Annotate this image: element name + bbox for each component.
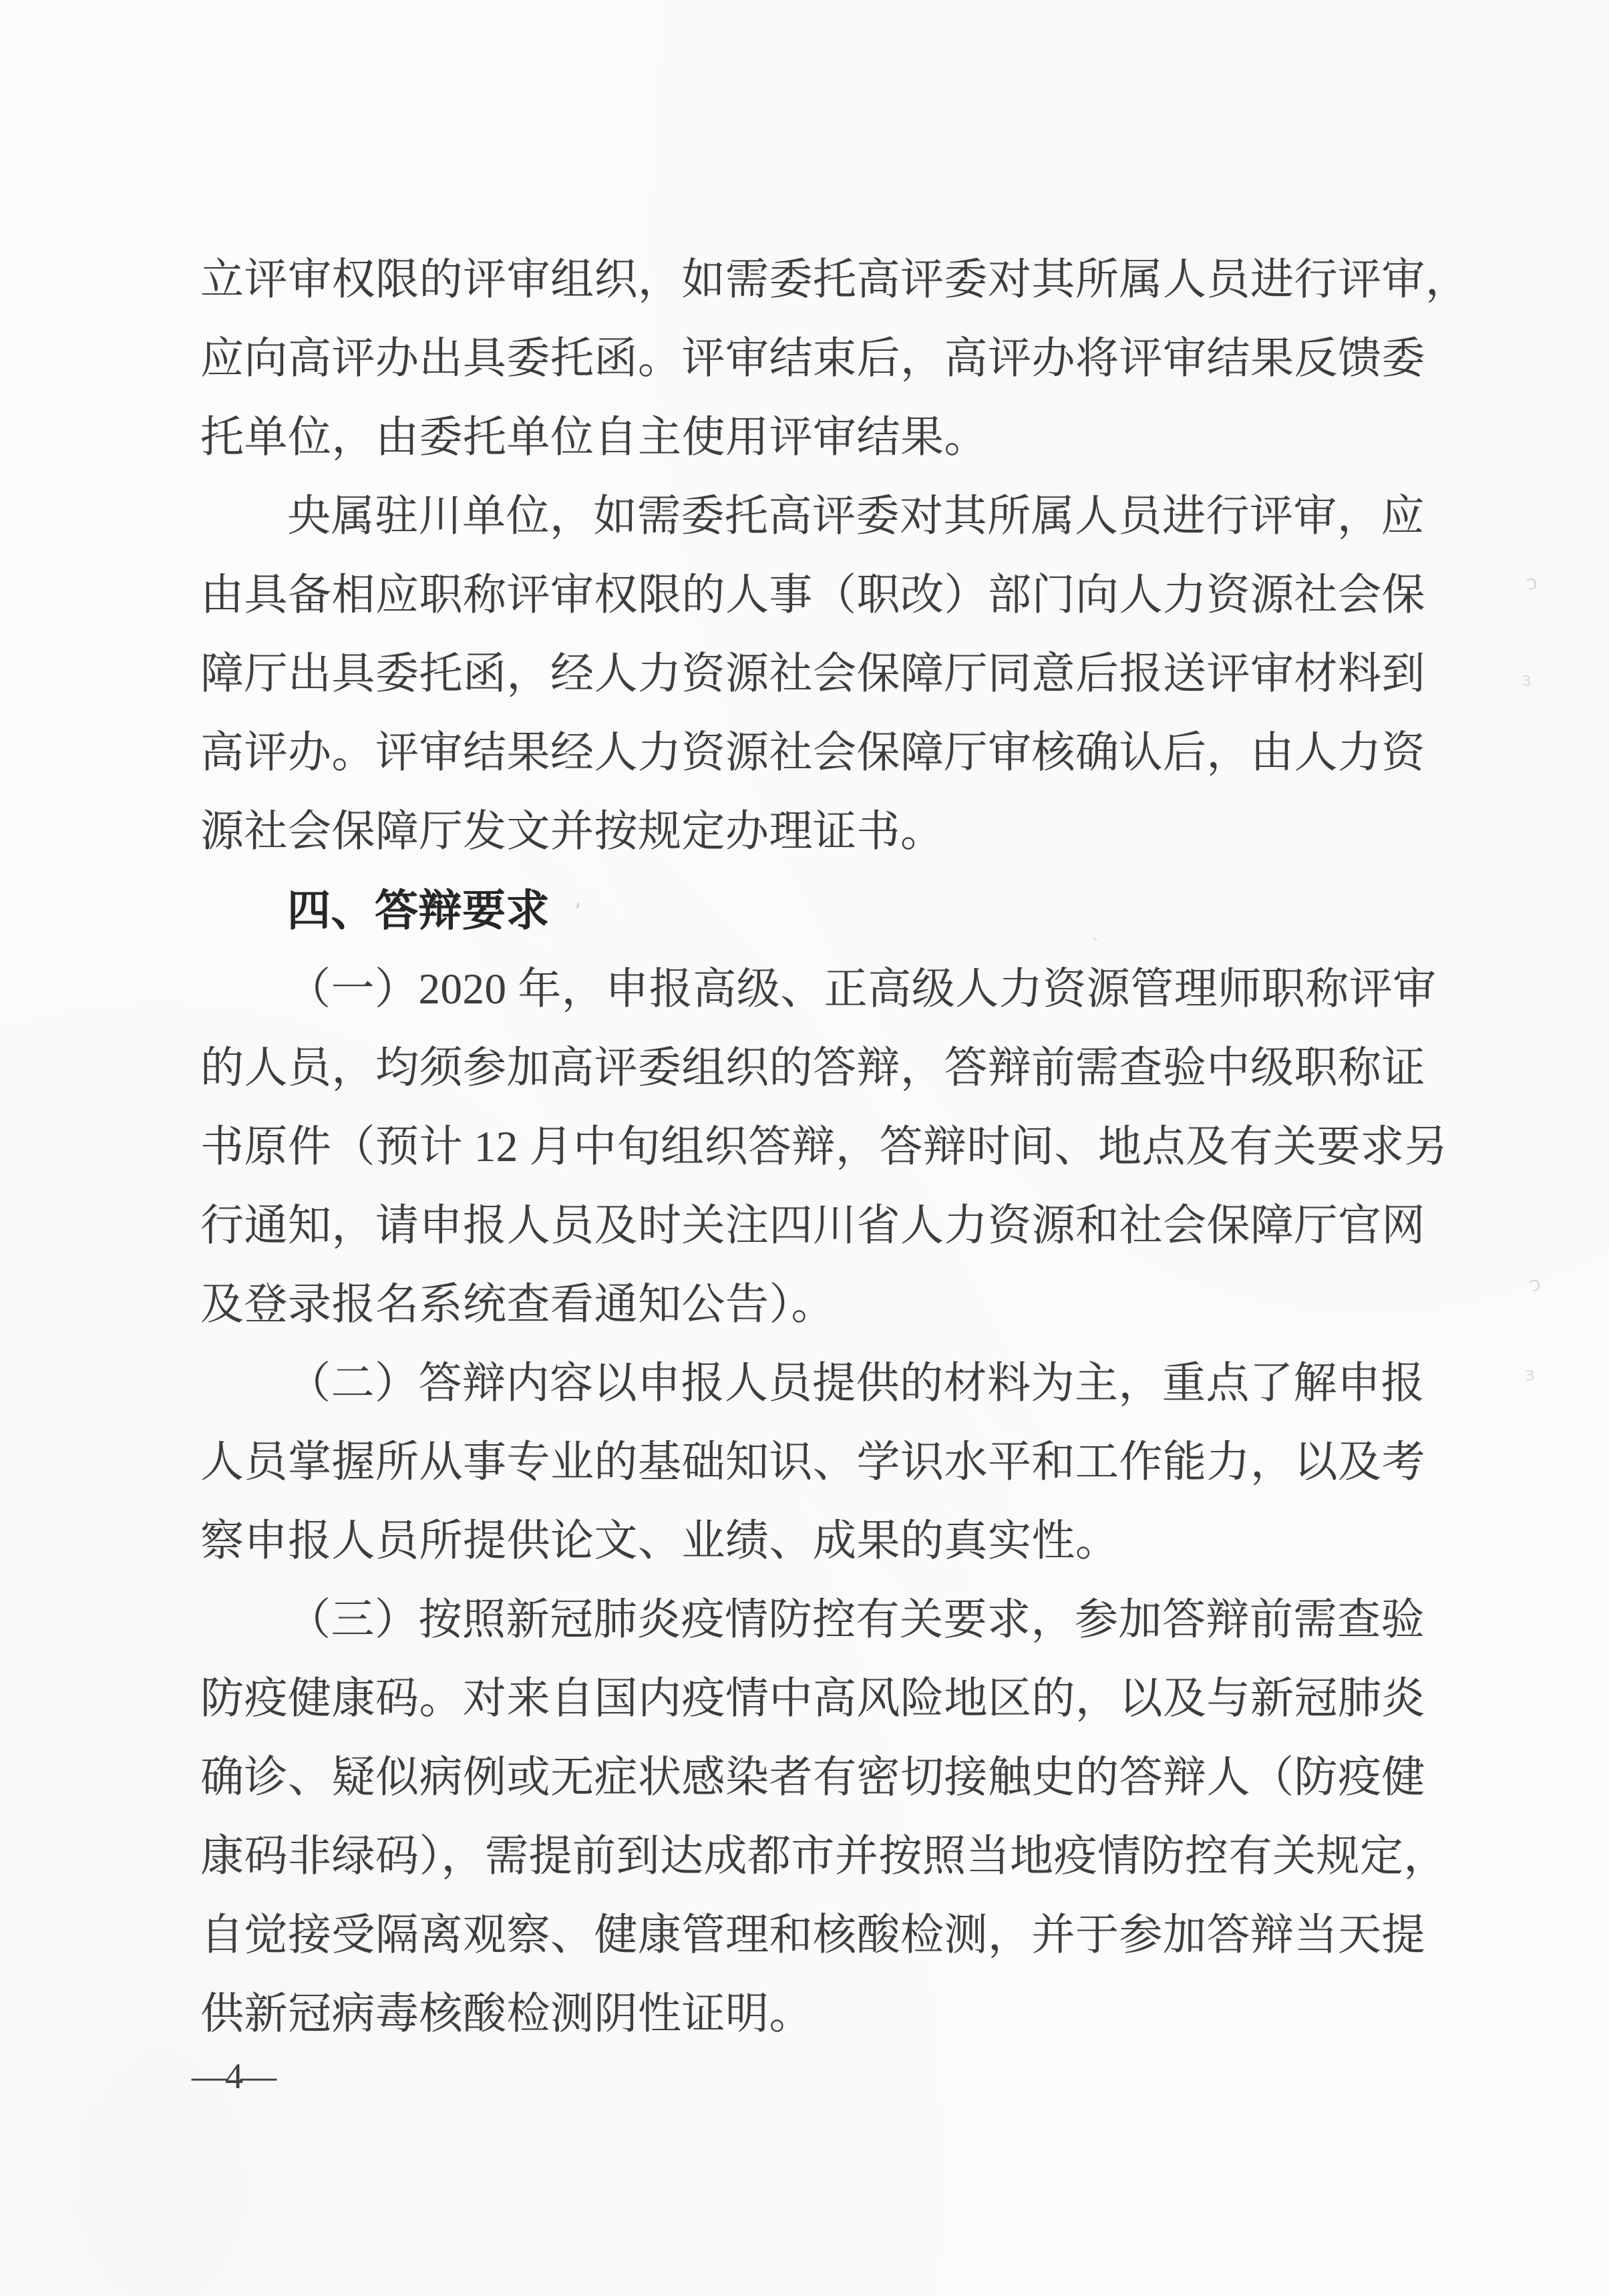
text-line: 源社会保障厅发文并按规定办理证书。 bbox=[200, 792, 1433, 871]
text-line: （三）按照新冠肺炎疫情防控有关要求，参加答辩前需查验 bbox=[200, 1581, 1433, 1659]
section-heading: 四、答辩要求 bbox=[200, 871, 1433, 950]
text-line: 托单位，由委托单位自主使用评审结果。 bbox=[200, 398, 1433, 477]
text-line: 书原件（预计 12 月中旬组织答辩，答辩时间、地点及有关要求另 bbox=[200, 1108, 1433, 1186]
text-line: 及登录报名系统查看通知公告）。 bbox=[200, 1265, 1433, 1344]
text-line: 防疫健康码。对来自国内疫情中高风险地区的，以及与新冠肺炎 bbox=[200, 1659, 1433, 1738]
text-line: 高评办。评审结果经人力资源社会保障厅审核确认后，由人力资 bbox=[200, 713, 1433, 792]
text-line: 行通知，请申报人员及时关注四川省人力资源和社会保障厅官网 bbox=[200, 1186, 1433, 1265]
scan-artifact: ͻ bbox=[1524, 570, 1540, 595]
document-page: 立评审权限的评审组织，如需委托高评委对其所属人员进行评审，应向高评办出具委托函。… bbox=[0, 0, 1609, 2296]
scan-artifact: ͻ bbox=[1526, 1271, 1544, 1297]
text-line: 康码非绿码），需提前到达成都市并按照当地疫情防控有关规定， bbox=[200, 1817, 1433, 1896]
text-line: 人员掌握所从事专业的基础知识、学识水平和工作能力，以及考 bbox=[200, 1423, 1433, 1502]
text-line: （二）答辩内容以申报人员提供的材料为主，重点了解申报 bbox=[200, 1344, 1433, 1423]
page-number: —4— bbox=[192, 2056, 274, 2096]
text-line: 供新冠病毒核酸检测阴性证明。 bbox=[200, 1975, 1433, 2054]
text-line: 的人员，均须参加高评委组织的答辩，答辩前需查验中级职称证 bbox=[200, 1029, 1433, 1108]
text-line: （一）2020 年，申报高级、正高级人力资源管理师职称评审 bbox=[200, 950, 1433, 1029]
scan-artifact: ɜ bbox=[1525, 1363, 1535, 1385]
text-line: 立评审权限的评审组织，如需委托高评委对其所属人员进行评审， bbox=[200, 240, 1433, 319]
text-line: 察申报人员所提供论文、业绩、成果的真实性。 bbox=[200, 1502, 1433, 1581]
text-line: 障厅出具委托函，经人力资源社会保障厅同意后报送评审材料到 bbox=[200, 635, 1433, 713]
scan-artifact: ɜ bbox=[1522, 668, 1532, 690]
text-line: 由具备相应职称评审权限的人事（职改）部门向人力资源社会保 bbox=[200, 556, 1433, 635]
text-line: 央属驻川单位，如需委托高评委对其所属人员进行评审，应 bbox=[200, 477, 1433, 556]
text-line: 确诊、疑似病例或无症状感染者有密切接触史的答辩人（防疫健 bbox=[200, 1738, 1433, 1817]
document-text-block: 立评审权限的评审组织，如需委托高评委对其所属人员进行评审，应向高评办出具委托函。… bbox=[200, 240, 1433, 2054]
text-line: 应向高评办出具委托函。评审结束后，高评办将评审结果反馈委 bbox=[200, 319, 1433, 398]
text-line: 自觉接受隔离观察、健康管理和核酸检测，并于参加答辩当天提 bbox=[200, 1896, 1433, 1975]
